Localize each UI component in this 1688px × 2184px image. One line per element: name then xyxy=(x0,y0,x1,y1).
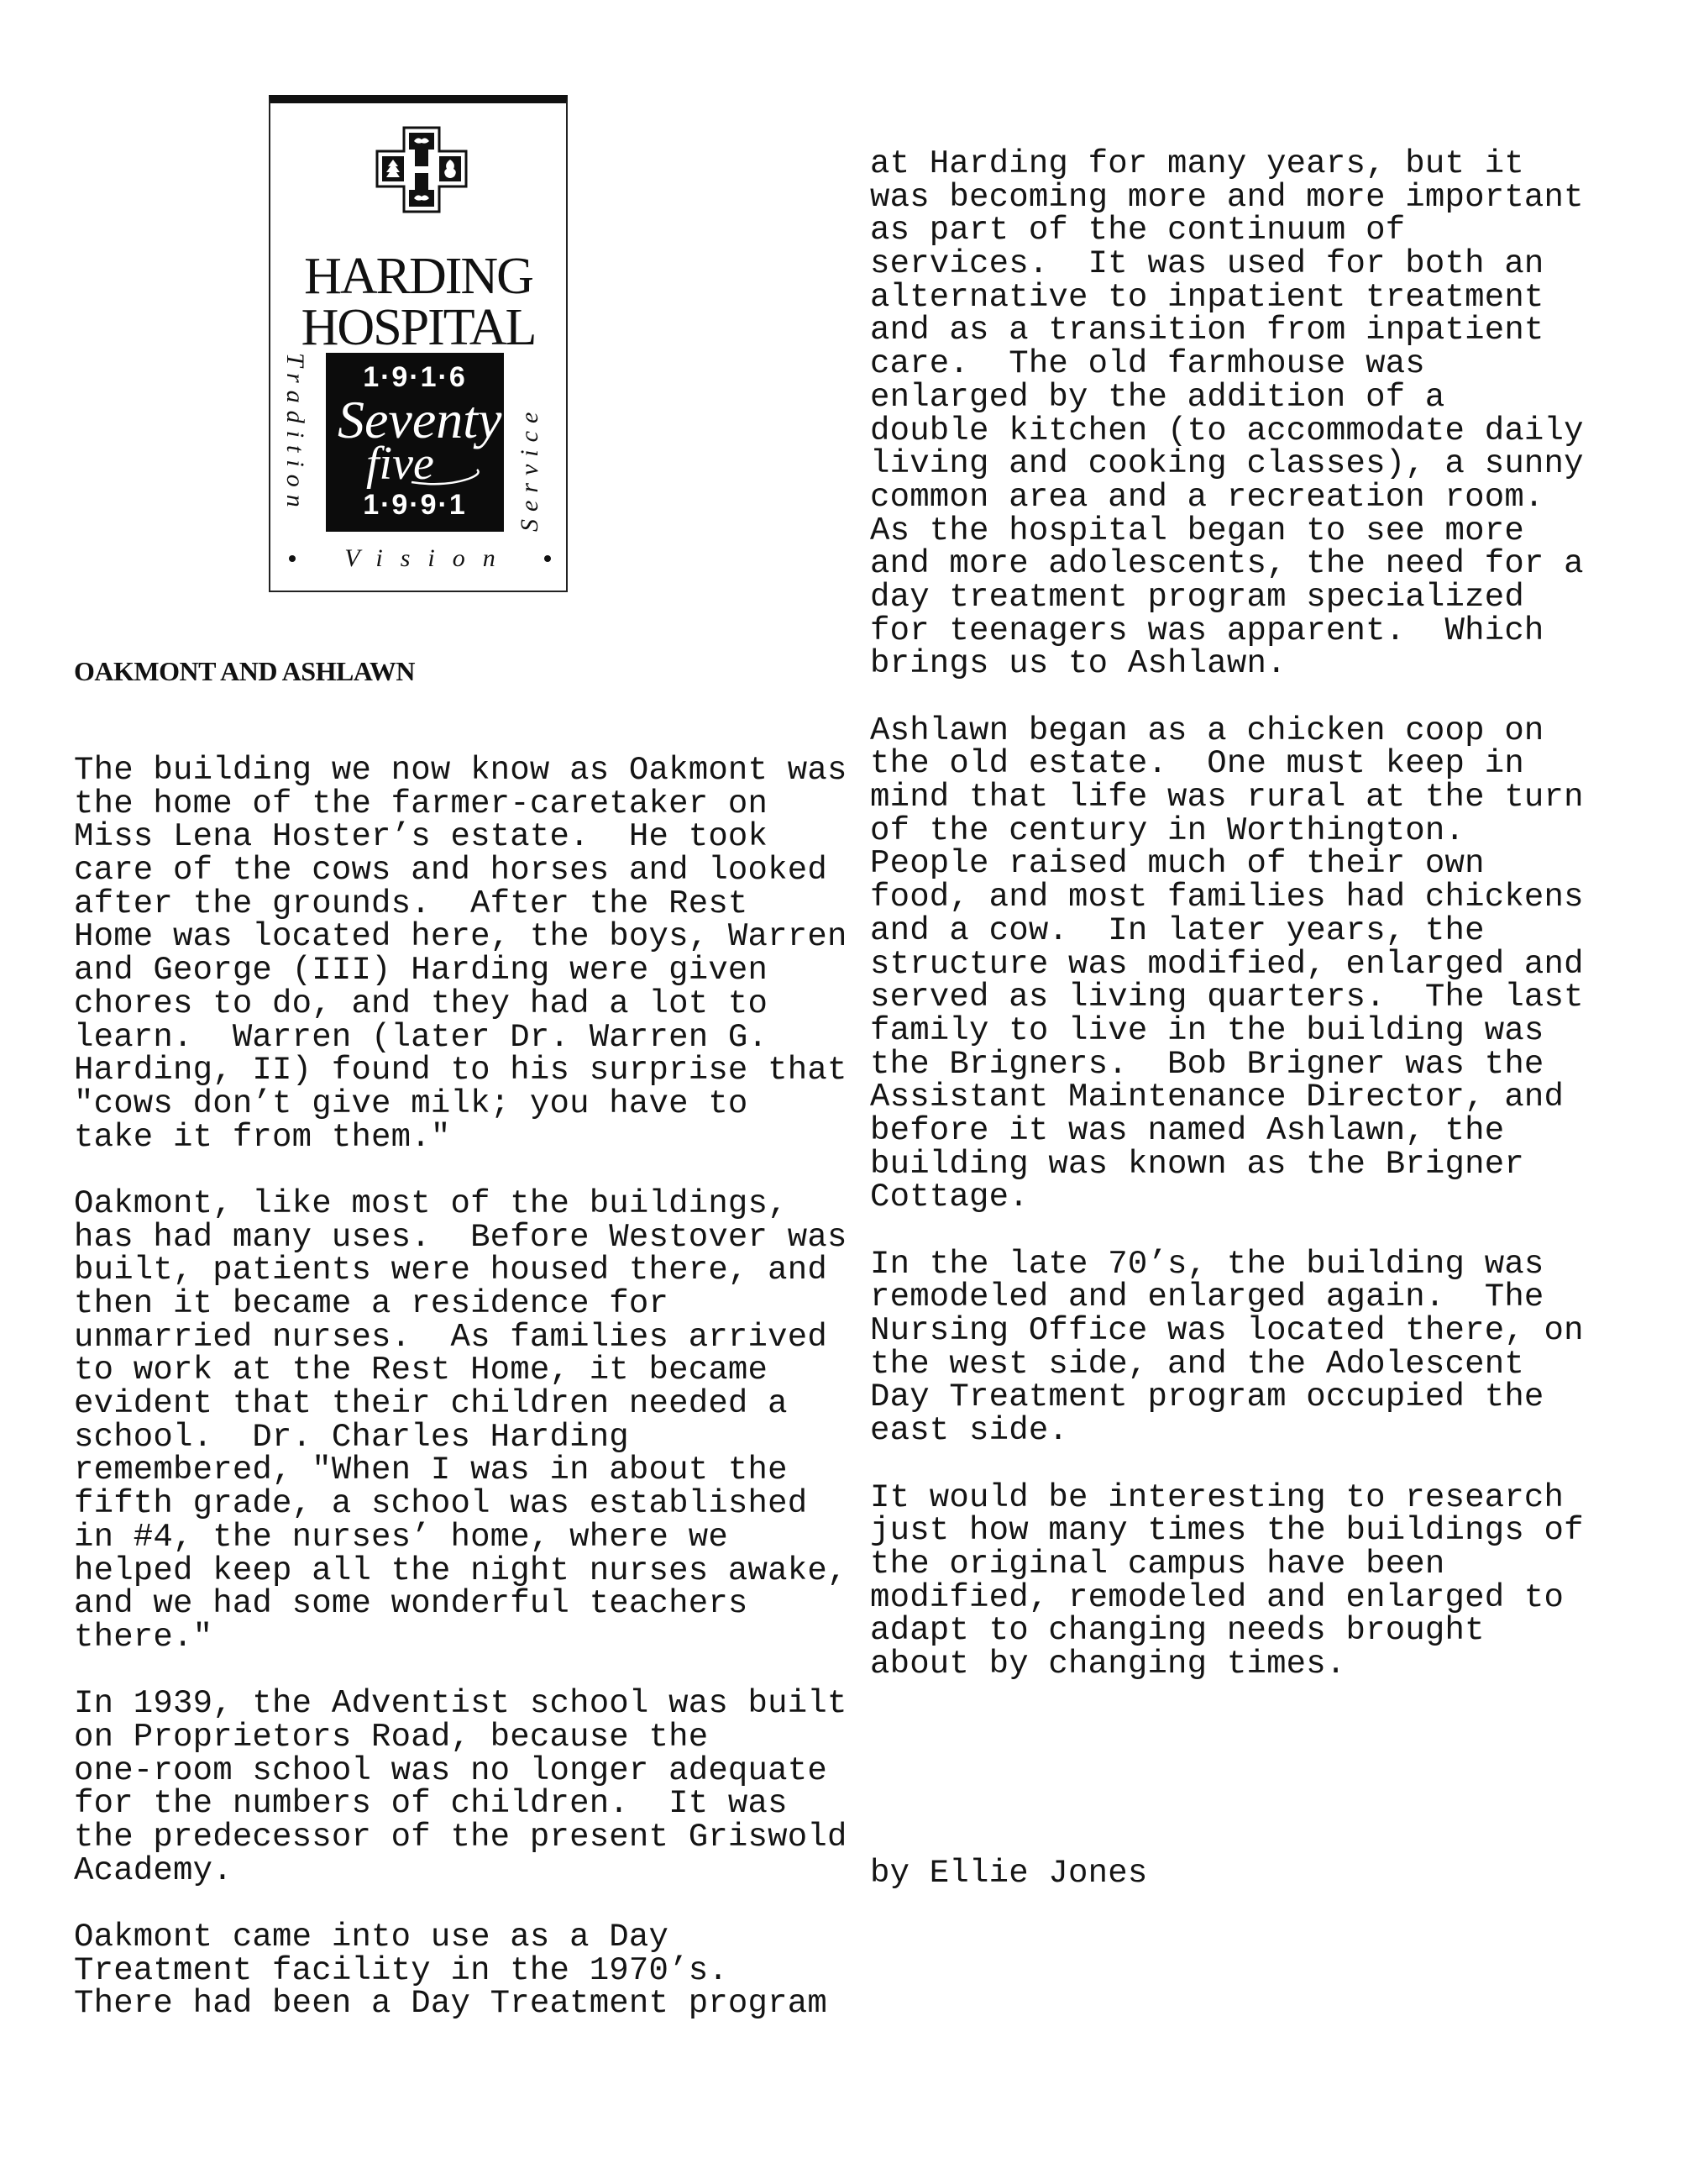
text-line xyxy=(870,681,1584,715)
text-line: double kitchen (to accommodate daily xyxy=(870,415,1584,449)
text-line: Ashlawn began as a chicken coop on xyxy=(870,715,1584,748)
text-line: It would be interesting to research xyxy=(870,1482,1584,1515)
text-line: was becoming more and more important xyxy=(870,181,1584,215)
text-line: Cottage. xyxy=(870,1181,1584,1215)
text-line: the old estate. One must keep in xyxy=(870,748,1584,781)
text-line: built, patients were housed there, and xyxy=(74,1254,847,1288)
text-line: on Proprietors Road, because the xyxy=(74,1721,847,1755)
text-line: and George (III) Harding were given xyxy=(74,954,847,988)
text-line: one-room school was no longer adequate xyxy=(74,1755,847,1788)
article-heading: OAKMONT AND ASHLAWN xyxy=(74,656,415,687)
text-line: "cows don’t give milk; you have to xyxy=(74,1088,847,1121)
text-line: Treatment facility in the 1970’s. xyxy=(74,1955,847,1988)
text-line: day treatment program specialized xyxy=(870,581,1584,615)
text-line: In 1939, the Adventist school was built xyxy=(74,1688,847,1721)
text-line: the west side, and the Adolescent xyxy=(870,1348,1584,1382)
text-line: structure was modified, enlarged and xyxy=(870,948,1584,982)
text-line: as part of the continuum of xyxy=(870,214,1584,248)
text-line: east side. xyxy=(870,1415,1584,1448)
logo-word-tradition: Tradition xyxy=(280,353,309,515)
text-line: Miss Lena Hoster’s estate. He took xyxy=(74,821,847,854)
anniversary-badge: 1·9·1·6 Seventy five 1·9·9·1 xyxy=(326,353,504,532)
bullet-dot-icon xyxy=(289,555,296,562)
logo-title-harding: HARDING xyxy=(270,251,566,302)
text-line: evident that their children needed a xyxy=(74,1388,847,1421)
text-line xyxy=(74,1154,847,1188)
text-line: the home of the farmer-caretaker on xyxy=(74,788,847,822)
text-line: the original campus have been xyxy=(870,1548,1584,1582)
text-line: care of the cows and horses and looked xyxy=(74,854,847,888)
text-line: and we had some wonderful teachers xyxy=(74,1588,847,1621)
text-line: after the grounds. After the Rest xyxy=(74,888,847,921)
text-line: fifth grade, a school was established xyxy=(74,1488,847,1521)
text-line: remodeled and enlarged again. The xyxy=(870,1281,1584,1315)
text-line: learn. Warren (later Dr. Warren G. xyxy=(74,1021,847,1055)
text-line: served as living quarters. The last xyxy=(870,981,1584,1015)
text-line: Nursing Office was located there, on xyxy=(870,1315,1584,1348)
logo-word-vision: Vision xyxy=(344,544,512,573)
text-line: in #4, the nurses’ home, where we xyxy=(74,1521,847,1555)
text-line: alternative to inpatient treatment xyxy=(870,281,1584,315)
article-right-column: at Harding for many years, but itwas bec… xyxy=(870,148,1584,1682)
text-line: and a cow. In later years, the xyxy=(870,915,1584,948)
text-line: for the numbers of children. It was xyxy=(74,1788,847,1821)
text-line: common area and a recreation room. xyxy=(870,481,1584,515)
logo-word-service: Service xyxy=(516,405,544,532)
text-line: Academy. xyxy=(74,1855,847,1888)
text-line: care. The old farmhouse was xyxy=(870,348,1584,381)
text-line: school. Dr. Charles Harding xyxy=(74,1421,847,1455)
text-line: take it from them." xyxy=(74,1121,847,1155)
text-line xyxy=(74,1887,847,1921)
text-line: helped keep all the night nurses awake, xyxy=(74,1555,847,1588)
text-line: There had been a Day Treatment program xyxy=(74,1987,847,2021)
text-line: living and cooking classes), a sunny xyxy=(870,448,1584,481)
text-line: mind that life was rural at the turn xyxy=(870,781,1584,815)
text-line: Harding, II) found to his surprise that xyxy=(74,1054,847,1088)
text-line: Home was located here, the boys, Warren xyxy=(74,921,847,954)
text-line: brings us to Ashlawn. xyxy=(870,648,1584,681)
text-line: In the late 70’s, the building was xyxy=(870,1248,1584,1282)
logo-title-hospital: HOSPITAL xyxy=(270,302,566,353)
text-line: to work at the Rest Home, it became xyxy=(74,1354,847,1388)
text-line: at Harding for many years, but it xyxy=(870,148,1584,181)
text-line: and more adolescents, the need for a xyxy=(870,548,1584,581)
text-line: services. It was used for both an xyxy=(870,248,1584,281)
text-line: and as a transition from inpatient xyxy=(870,314,1584,348)
text-line: of the century in Worthington. xyxy=(870,815,1584,848)
cross-with-leaves-icon xyxy=(375,126,468,213)
text-line: remembered, "When I was in about the xyxy=(74,1454,847,1488)
document-page: HARDING HOSPITAL Tradition 1·9·1·6 Seven… xyxy=(0,0,1688,2184)
text-line: Oakmont came into use as a Day xyxy=(74,1921,847,1955)
text-line: food, and most families had chickens xyxy=(870,881,1584,915)
text-line: the predecessor of the present Griswold xyxy=(74,1821,847,1855)
text-line: then it became a residence for xyxy=(74,1288,847,1321)
text-line: Assistant Maintenance Director, and xyxy=(870,1081,1584,1115)
text-line: building was known as the Brigner xyxy=(870,1148,1584,1182)
bullet-dot-icon xyxy=(544,555,551,562)
text-line xyxy=(870,1448,1584,1482)
text-line: about by changing times. xyxy=(870,1648,1584,1682)
text-line: the Brigners. Bob Brigner was the xyxy=(870,1048,1584,1082)
text-line xyxy=(870,1215,1584,1248)
year-end: 1·9·9·1 xyxy=(326,489,504,522)
text-line: before it was named Ashlawn, the xyxy=(870,1115,1584,1148)
text-line: enlarged by the addition of a xyxy=(870,381,1584,415)
logo-vision-row: Vision xyxy=(289,544,551,573)
text-line xyxy=(74,1655,847,1688)
harding-hospital-logo: HARDING HOSPITAL Tradition 1·9·1·6 Seven… xyxy=(269,95,568,592)
text-line: family to live in the building was xyxy=(870,1015,1584,1048)
text-line: adapt to changing needs brought xyxy=(870,1614,1584,1648)
text-line: modified, remodeled and enlarged to xyxy=(870,1582,1584,1615)
text-line: there." xyxy=(74,1621,847,1655)
text-line: has had many uses. Before Westover was xyxy=(74,1221,847,1255)
text-line: People raised much of their own xyxy=(870,848,1584,881)
swash-flourish-icon xyxy=(410,469,485,486)
text-line: for teenagers was apparent. Which xyxy=(870,615,1584,648)
text-line: Day Treatment program occupied the xyxy=(870,1381,1584,1415)
text-line: As the hospital began to see more xyxy=(870,515,1584,549)
text-line: unmarried nurses. As families arrived xyxy=(74,1321,847,1355)
text-line: just how many times the buildings of xyxy=(870,1515,1584,1548)
article-left-column: The building we now know as Oakmont wast… xyxy=(74,754,847,2021)
text-line: chores to do, and they had a lot to xyxy=(74,988,847,1021)
article-byline: by Ellie Jones xyxy=(870,1857,1147,1891)
text-line: The building we now know as Oakmont was xyxy=(74,754,847,788)
text-line: Oakmont, like most of the buildings, xyxy=(74,1188,847,1221)
